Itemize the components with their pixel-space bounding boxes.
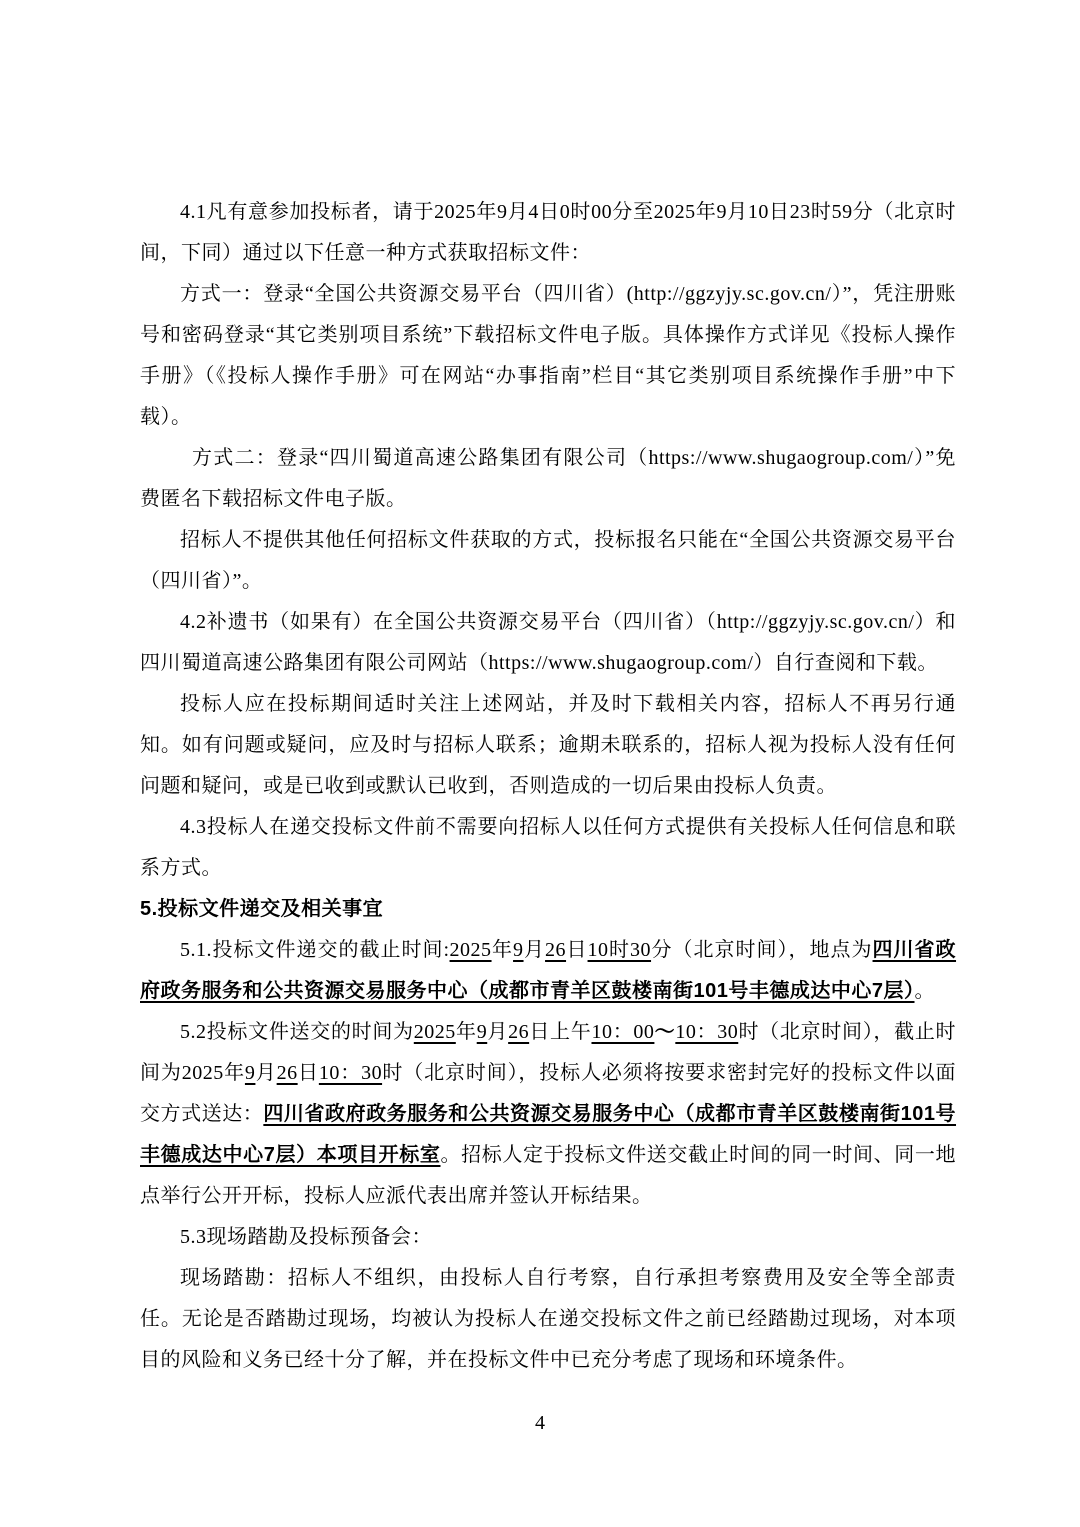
delivery-year-underlined: 2025 <box>414 1021 456 1043</box>
text-run: 月 <box>255 1062 276 1084</box>
paragraph-5-2-delivery-time: 5.2投标文件送交的时间为2025年9月26日上午10：00～10：30时（北京… <box>140 1012 956 1217</box>
delivery-day-underlined: 26 <box>508 1021 529 1043</box>
deadline-day-underlined: 26 <box>545 939 566 961</box>
paragraph-website-attention: 投标人应在投标期间适时关注上述网站，并及时下载相关内容，招标人不再另行通知。如有… <box>140 684 956 807</box>
text-run: 月 <box>524 939 546 961</box>
text-run: 。 <box>915 980 936 1002</box>
text-run: 月 <box>487 1021 508 1043</box>
deadline-time-underlined: 10时30 <box>588 939 652 961</box>
deadline-month-underlined: 9 <box>513 939 524 961</box>
page-number: 4 <box>0 1412 1080 1435</box>
document-page: 4.1凡有意参加投标者，请于2025年9月4日0时00分至2025年9月10日2… <box>0 0 1080 1527</box>
paragraph-4-2-addendum: 4.2补遗书（如果有）在全国公共资源交易平台（四川省）（http://ggzyj… <box>140 602 956 684</box>
text-run: 年 <box>492 939 514 961</box>
cutoff-month-underlined: 9 <box>245 1062 256 1084</box>
document-body: 4.1凡有意参加投标者，请于2025年9月4日0时00分至2025年9月10日2… <box>140 192 956 1381</box>
delivery-end-time-underlined: 10：30 <box>675 1021 738 1043</box>
wave-dash-bold: ～ <box>654 1021 675 1043</box>
paragraph-no-other-way: 招标人不提供其他任何招标文件获取的方式，投标报名只能在“全国公共资源交易平台（四… <box>140 520 956 602</box>
delivery-month-underlined: 9 <box>477 1021 488 1043</box>
paragraph-method-1: 方式一：登录“全国公共资源交易平台（四川省）(http://ggzyjy.sc.… <box>140 274 956 438</box>
paragraph-5-3-site-survey-heading: 5.3现场踏勘及投标预备会： <box>140 1217 956 1258</box>
text-run: 年 <box>456 1021 477 1043</box>
text-run: 分（北京时间），地点为 <box>651 939 872 961</box>
cutoff-day-underlined: 26 <box>277 1062 298 1084</box>
text-run: 日上午 <box>529 1021 591 1043</box>
paragraph-4-3-no-info-required: 4.3投标人在递交投标文件前不需要向招标人以任何方式提供有关投标人任何信息和联系… <box>140 807 956 889</box>
text-run: 5.1.投标文件递交的截止时间: <box>180 939 450 961</box>
text-run: 日 <box>298 1062 319 1084</box>
deadline-year-underlined: 2025 <box>450 939 492 961</box>
paragraph-site-survey-detail: 现场踏勘：招标人不组织，由投标人自行考察，自行承担考察费用及安全等全部责任。无论… <box>140 1258 956 1381</box>
paragraph-method-2: 方式二：登录“四川蜀道高速公路集团有限公司（https://www.shugao… <box>140 438 956 520</box>
section-5-heading: 5.投标文件递交及相关事宜 <box>140 889 956 930</box>
cutoff-time-underlined: 10：30 <box>319 1062 382 1084</box>
paragraph-4-1-obtain-documents: 4.1凡有意参加投标者，请于2025年9月4日0时00分至2025年9月10日2… <box>140 192 956 274</box>
paragraph-5-1-submission-deadline: 5.1.投标文件递交的截止时间:2025年9月26日10时30分（北京时间），地… <box>140 930 956 1012</box>
delivery-start-time-underlined: 10：00 <box>591 1021 654 1043</box>
text-run: 日 <box>566 939 588 961</box>
text-run: 5.2投标文件送交的时间为 <box>180 1021 414 1043</box>
